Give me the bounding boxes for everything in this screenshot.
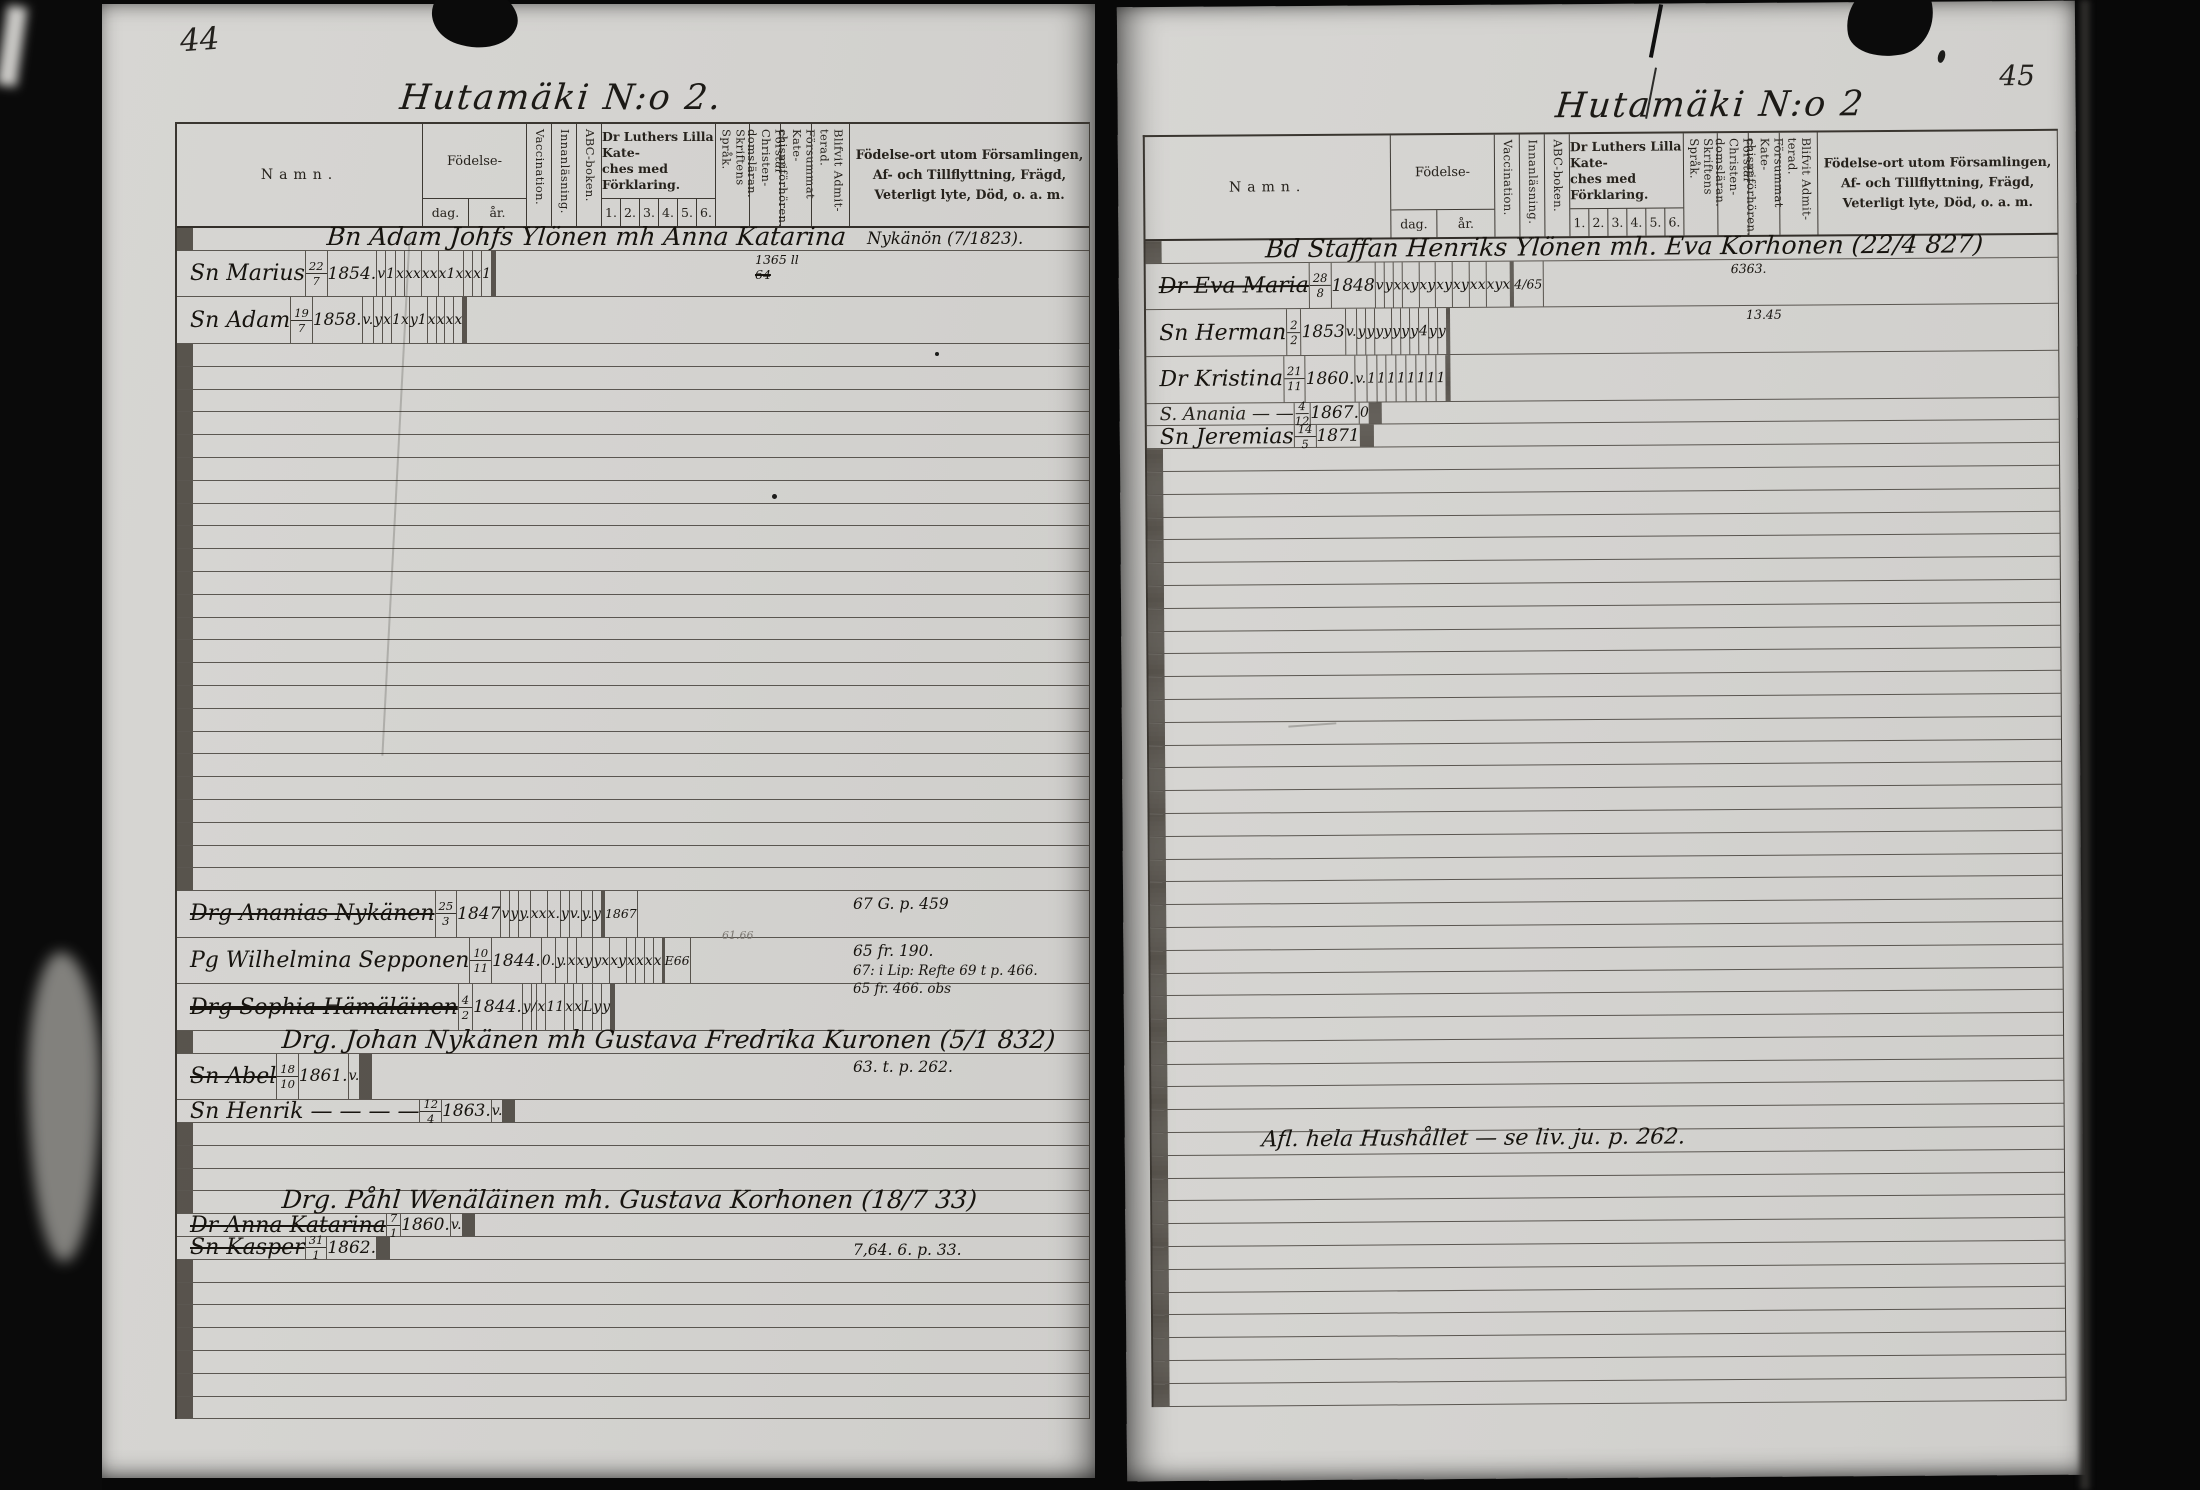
- person-row: Dr Eva Maria2881848vyxxyxyxyxyxxxyx4/656…: [1146, 258, 2058, 311]
- person-name: S. Anania — —: [1147, 403, 1294, 425]
- cell-ar: 1863.: [441, 1100, 491, 1122]
- mark-abc: y.: [519, 906, 530, 922]
- mark-k6: xyx: [1487, 276, 1511, 292]
- cell-k5: 1: [1425, 355, 1435, 401]
- person-row: Sn Adam1971858.v.yx1xy1xxxx: [177, 297, 1089, 344]
- cell-notes: [1162, 495, 1163, 517]
- cell-k2: xy: [1418, 262, 1435, 308]
- cell-abc: x: [395, 251, 404, 297]
- cell-notes: [192, 754, 193, 776]
- cell-notes: [192, 504, 193, 526]
- mark-k6: y: [593, 906, 601, 922]
- cell-k6: 1: [481, 251, 491, 297]
- mark-k1: xy: [577, 953, 593, 969]
- cell-namn: S. Anania — —: [1147, 403, 1294, 426]
- mark-innan: y: [1385, 277, 1393, 293]
- mark-k2: x: [565, 999, 573, 1015]
- cell-notes: [1162, 472, 1163, 494]
- cell-vac: v.: [491, 1100, 503, 1122]
- cell-namn: Sn Abel: [177, 1054, 276, 1100]
- pencil-note: 61.66: [722, 929, 754, 942]
- cell-notes: [1168, 1270, 1169, 1292]
- table-row: [177, 777, 1089, 800]
- mark-k2: y1: [410, 312, 427, 328]
- cell-k5: y: [592, 984, 601, 1030]
- mark-vac: v: [1376, 277, 1384, 293]
- cell-k5: 4: [1418, 309, 1428, 355]
- person-name: Sn Henrik — — — —: [177, 1099, 419, 1124]
- cell-notes: [192, 823, 193, 845]
- cell-k3: x: [427, 297, 436, 343]
- table-row: [177, 526, 1089, 549]
- table-row: [177, 1146, 1089, 1169]
- mark-admit: 1867: [605, 906, 637, 921]
- mark-k2: yx: [593, 953, 609, 969]
- margin-note: 65 fr. 190.67: i Lip: Refte 69 t p. 466.…: [853, 941, 1038, 998]
- table-row: [177, 412, 1089, 435]
- cell-k2: xx: [421, 251, 438, 297]
- mark-innan: 1: [1367, 370, 1376, 386]
- cell-notes: [192, 709, 193, 731]
- table-row: [177, 1351, 1089, 1374]
- table-row: [177, 1305, 1089, 1328]
- cell-namn: Dr Anna Katarina: [177, 1214, 386, 1236]
- mark-k3: x: [428, 312, 436, 328]
- cell-notes: [192, 412, 193, 434]
- col-header-fodelse: Födelse-dag.år.: [422, 124, 526, 226]
- cell-abc: y.: [518, 891, 530, 937]
- mark-k3: xy: [610, 953, 626, 969]
- mark-k4: L: [583, 999, 592, 1015]
- mark-k3: 1: [1407, 370, 1416, 386]
- cell-innan: y.: [555, 938, 567, 984]
- col-header-fodelse: Födelse-dag.år.: [1390, 135, 1495, 238]
- table-row: [177, 709, 1089, 732]
- table-row: [177, 367, 1089, 390]
- mark-innan: 1: [386, 266, 395, 282]
- cell-notes: [1166, 1065, 1167, 1087]
- table-row: [177, 1260, 1089, 1283]
- cell-notes: [192, 1260, 193, 1282]
- mark-k1: yy: [1375, 324, 1391, 340]
- cell-notes: [1162, 518, 1163, 540]
- cell-notes: [1163, 586, 1164, 608]
- mark-vac: v: [377, 266, 385, 282]
- mark-vac: 0.: [542, 953, 555, 969]
- cell-k4: xy: [1452, 262, 1469, 308]
- cell-namn: Sn Adam: [177, 297, 290, 343]
- cell-abc: y: [1365, 309, 1374, 355]
- mark-k3: x1x: [439, 266, 464, 282]
- mark-k1: xx: [531, 906, 547, 922]
- cell-ar: 1860.: [400, 1214, 450, 1236]
- mark-vac: v.: [1346, 324, 1357, 340]
- family-row: Bn Adam Johfs Ylönen mh Anna KatarinaNyk…: [177, 228, 1089, 251]
- cell-notes: [192, 732, 193, 754]
- margin-note: 7,64. 6. p. 33.: [853, 1240, 962, 1261]
- person-name: Sn Abel: [177, 1064, 276, 1089]
- birth-day: 253: [436, 900, 457, 927]
- cell-k3: x: [573, 984, 582, 1030]
- cell-k1: xy: [1401, 262, 1418, 308]
- mark-k2: xy: [1419, 277, 1435, 293]
- cell-namn: Dr Kristina: [1146, 356, 1283, 403]
- cell-dag: 71: [386, 1214, 400, 1236]
- birth-day: 42: [459, 994, 472, 1021]
- cell-notes: [192, 549, 193, 571]
- mark-k3: y: [1401, 324, 1409, 340]
- mark-innan: y.: [556, 953, 567, 969]
- person-row: Sn Herman221853v.yyyyyyy4yy13.45: [1146, 304, 2058, 357]
- cell-innan: 1: [385, 251, 395, 297]
- mark-vac: v.: [349, 1068, 360, 1084]
- cell-notes: [1165, 951, 1166, 973]
- family-note: Nykänön (7/1823).: [867, 229, 1023, 248]
- page-title: Hutamäki N:o 2: [1554, 84, 1867, 126]
- mark-vac: v.: [451, 1217, 462, 1233]
- mark-k5: xx: [1470, 276, 1486, 292]
- cell-notes: [514, 1100, 515, 1122]
- birth-day: 197: [291, 307, 312, 334]
- mark-k2: 1: [1397, 370, 1406, 386]
- person-name: Dr Anna Katarina: [177, 1213, 386, 1238]
- col-header-blifvit-admitterad: Blifvit Admit- terad.: [1779, 132, 1818, 234]
- cell-notes: [1164, 814, 1165, 836]
- cell-namn: Pg Wilhelmina Sepponen: [177, 938, 469, 984]
- cell-notes: [192, 228, 193, 250]
- mark-k6: y: [1429, 323, 1437, 339]
- person-name: Sn Adam: [177, 308, 290, 333]
- birth-day: 1810: [277, 1063, 298, 1090]
- table-row: [177, 595, 1089, 618]
- cell-ar: 1848: [1330, 262, 1375, 308]
- cell-k4: x: [626, 938, 635, 984]
- cell-k2: y: [1391, 309, 1400, 355]
- cell-notes: [192, 1146, 193, 1168]
- mark-innan: y: [1357, 324, 1365, 340]
- table-row: [177, 686, 1089, 709]
- birth-year: 1860.: [1306, 368, 1355, 388]
- family-heading: Drg. Johan Nykänen mh Gustava Fredrika K…: [281, 1025, 1057, 1054]
- cell-dag: 288: [1309, 263, 1331, 309]
- table-header: Namn.Födelse-dag.år.Vaccination.Innanläs…: [1145, 131, 2058, 241]
- mark-k1: 11: [546, 999, 564, 1015]
- mark-k4: xy: [1453, 277, 1469, 293]
- cell-namn: Sn Henrik — — — —: [177, 1100, 419, 1122]
- cell-notes: [192, 526, 193, 548]
- table-row: [177, 640, 1089, 663]
- cell-notes: [474, 1214, 475, 1236]
- cell-notes: [1164, 723, 1165, 745]
- person-row: Sn Marius2271854.v1xxxxxx1xxx11365 ll64: [177, 251, 1089, 298]
- cell-k6: 1: [1435, 355, 1445, 401]
- cell-k5: xx: [1469, 262, 1486, 308]
- cell-notes: [192, 1169, 193, 1191]
- birth-year: 1854.: [328, 264, 377, 284]
- mark-abc: x: [383, 312, 391, 328]
- col-header-abc-boken: ABC-boken.: [576, 124, 601, 226]
- cell-notes: [614, 984, 615, 1030]
- mark-k1: xy: [1402, 277, 1418, 293]
- cell-notes: [1164, 677, 1165, 699]
- record-table: Namn.Födelse-dag.år.Vaccination.Innanläs…: [1143, 129, 2067, 1407]
- cell-notes: [1381, 402, 1382, 424]
- cell-skrift: x: [653, 938, 662, 984]
- cell-namn: Drg Ananias Nykänen: [177, 891, 435, 937]
- mark-k3: x: [574, 999, 582, 1015]
- person-row: Pg Wilhelmina Sepponen10111844.0.y.xxyyx…: [177, 938, 1089, 985]
- cell-namn: Sn Jeremias: [1147, 426, 1294, 449]
- cell-notes: [1160, 241, 1161, 263]
- cell-ar: 1847: [456, 891, 500, 937]
- cell-abc: x: [567, 938, 576, 984]
- cell-notes: [1167, 1156, 1168, 1178]
- mark-k5: x: [636, 953, 644, 969]
- cell-abc: 1: [1376, 355, 1386, 401]
- person-name: Drg Sophia Hämäläinen: [177, 995, 458, 1020]
- cell-k2: x: [564, 984, 573, 1030]
- cell-notes: [192, 344, 193, 366]
- cell-dag: 2111: [1283, 356, 1305, 402]
- col-header-innanlasning: Innanläsning.: [1519, 134, 1545, 236]
- cell-notes: [1167, 1133, 1168, 1155]
- mark-k4: x: [627, 953, 635, 969]
- mark-k4: y: [1410, 323, 1418, 339]
- mark-skrift: y: [1438, 323, 1446, 339]
- cell-k3: y: [1400, 309, 1409, 355]
- cell-notes: [1168, 1293, 1169, 1315]
- cell-k3: 1: [1406, 355, 1416, 401]
- cell-namn: Sn Kasper: [177, 1237, 305, 1259]
- birth-day: 288: [1310, 272, 1331, 299]
- margin-note: 67 G. p. 459: [853, 894, 949, 915]
- family-heading: Bd Staffan Henriks Ylönen mh. Eva Korhon…: [1264, 229, 1984, 263]
- table-row: [177, 663, 1089, 686]
- cell-innan: y: [1356, 309, 1365, 355]
- cell-skrift: y: [1437, 308, 1446, 354]
- cell-notes: [1168, 1384, 1169, 1406]
- table-row: [177, 1374, 1089, 1397]
- cell-notes: [192, 435, 193, 457]
- cell-innan: y: [373, 297, 382, 343]
- person-row: Sn Kasper3111862.7,64. 6. p. 33.: [177, 1237, 1089, 1260]
- col-header-kateches: Dr Luthers Lilla Kate-ches med Förklarin…: [1569, 133, 1684, 236]
- mark-k5: y: [593, 999, 601, 1015]
- birth-year: 1848: [1331, 275, 1374, 295]
- person-name: Sn Kasper: [177, 1235, 305, 1260]
- cell-dag: 145: [1294, 425, 1316, 447]
- cell-notes: [192, 1305, 193, 1327]
- table-row: [177, 1328, 1089, 1351]
- cell-notes: [192, 1328, 193, 1350]
- birth-day: 22: [1287, 319, 1301, 346]
- cell-vac: v: [1375, 262, 1384, 308]
- cell-ar: 1844.: [491, 938, 541, 984]
- table-row: [177, 549, 1089, 572]
- ink-speck: [935, 352, 939, 356]
- col-header-vaccinerad: Vaccination.: [1494, 135, 1520, 237]
- table-row: [177, 572, 1089, 595]
- cell-k1: yy: [1374, 309, 1391, 355]
- cell-k4: L: [582, 984, 592, 1030]
- birth-year: 1858.: [313, 310, 362, 330]
- cell-dag: 1810: [276, 1054, 298, 1100]
- cell-namn: Sn Herman: [1146, 310, 1286, 357]
- cell-notes: [1165, 860, 1166, 882]
- person-row: Dr Kristina21111860.v.11111111: [1146, 351, 2058, 404]
- table-header: Namn.Födelse-dag.år.Vaccination.Innanläs…: [177, 124, 1089, 228]
- record-table: Namn.Födelse-dag.år.Vaccination.Innanläs…: [175, 122, 1090, 1419]
- cell-k1: 11: [545, 984, 564, 1030]
- cell-notes: [1166, 1019, 1167, 1041]
- birth-day: 71: [387, 1212, 400, 1239]
- birth-day: 2111: [1284, 365, 1305, 392]
- table-row: [177, 846, 1089, 869]
- cell-notes: [192, 1397, 193, 1419]
- cell-notes: [1162, 449, 1163, 471]
- mark-k5: x: [473, 266, 481, 282]
- birth-year: 1847: [457, 904, 500, 924]
- cell-notes: [1163, 632, 1164, 654]
- mark-k3: y: [561, 906, 569, 922]
- mark-k4: 1: [1417, 370, 1426, 386]
- cell-notes: [1168, 1338, 1169, 1360]
- cell-k1: xx: [530, 891, 547, 937]
- mark-abc: x: [1394, 277, 1402, 293]
- cell-notes: [1165, 928, 1166, 950]
- table-row: [177, 754, 1089, 777]
- table-row: [177, 390, 1089, 413]
- cell-dag: 42: [458, 984, 472, 1030]
- mark-k5: 1: [1427, 370, 1436, 386]
- book-edge-right: [2080, 0, 2090, 1490]
- cell-k6: y: [601, 984, 610, 1030]
- left-page: 44 Hutamäki N:o 2. Namn.Födelse-dag.år.V…: [100, 4, 1095, 1478]
- cell-ar: 1860.: [1305, 356, 1355, 402]
- cell-notes: [1167, 1224, 1168, 1246]
- cell-notes: [192, 1283, 193, 1305]
- cell-notes: [1164, 746, 1165, 768]
- cell-k3: xy: [609, 938, 626, 984]
- mark-k1: 1: [1387, 370, 1396, 386]
- mark-k5: y.: [582, 906, 593, 922]
- cell-k3: x1x: [438, 251, 464, 297]
- cell-abc: x: [1392, 262, 1401, 308]
- person-name: Sn Herman: [1146, 320, 1286, 346]
- cell-dag: 311: [305, 1237, 327, 1259]
- page-title: Hutamäki N:o 2.: [398, 78, 725, 118]
- cell-notes: [1163, 563, 1164, 585]
- cell-notes: [192, 595, 193, 617]
- table-row: [177, 823, 1089, 846]
- cell-k4: y: [1409, 309, 1418, 355]
- table-row: [177, 458, 1089, 481]
- mark-k6: x: [645, 953, 653, 969]
- cell-notes: [192, 1031, 193, 1053]
- birth-year: 1871: [1316, 426, 1359, 446]
- cell-namn: Dr Eva Maria: [1146, 263, 1309, 310]
- cell-notes: [192, 481, 193, 503]
- mark-k3: xy: [1436, 277, 1452, 293]
- cell-vac: 0: [1359, 402, 1369, 424]
- cell-notes: [371, 1054, 372, 1100]
- birth-year: 1844.: [492, 951, 541, 971]
- table-row: [177, 481, 1089, 504]
- person-row: Drg Ananias Nykänen2531847vyy.xxx.yv.y.y…: [177, 891, 1089, 938]
- cell-notes: [690, 938, 691, 984]
- page-number: 45: [1999, 59, 2035, 92]
- cell-vac: v.: [362, 297, 374, 343]
- cell-dag: 1011: [469, 938, 491, 984]
- cell-notes: [192, 458, 193, 480]
- cell-namn: Drg Sophia Hämäläinen: [177, 984, 458, 1030]
- cell-k2: x.: [547, 891, 560, 937]
- cell-notes: [192, 800, 193, 822]
- cell-ar: 1861.: [298, 1054, 348, 1100]
- col-header-notes: Födelse-ort utom Församlingen,Af- och Ti…: [1817, 131, 2058, 235]
- birth-day: 145: [1295, 423, 1316, 450]
- mark-k6: 1: [482, 266, 491, 282]
- cell-ar: 1853: [1300, 309, 1345, 355]
- mark-vac: v.: [363, 312, 374, 328]
- cell-notes: [1449, 308, 1450, 354]
- cell-notes: [389, 1237, 390, 1259]
- cell-k6: y: [592, 891, 601, 937]
- cell-k2: yx: [592, 938, 609, 984]
- cell-notes: [1165, 905, 1166, 927]
- cell-notes: [1166, 996, 1167, 1018]
- family-row: Drg. Johan Nykänen mh Gustava Fredrika K…: [177, 1031, 1089, 1054]
- birth-year: 1861.: [299, 1066, 348, 1086]
- cell-notes: [1166, 974, 1167, 996]
- col-header-forsummat-katechismiforhoren: Försummat Kate- chismiförhören.: [1748, 133, 1780, 235]
- col-header-vaccinerad: Vaccination.: [526, 124, 551, 226]
- col-header-blifvit-admitterad: Blifvit Admit- terad.: [811, 124, 849, 226]
- family-heading: Drg. Påhl Wenäläinen mh. Gustava Korhone…: [281, 1185, 978, 1214]
- cell-admit: 1867: [604, 891, 637, 937]
- cell-notes: [192, 618, 193, 640]
- table-row: [177, 618, 1089, 641]
- cell-dag: 253: [435, 891, 457, 937]
- cell-vac: v.: [348, 1054, 360, 1100]
- ink-speck: [772, 494, 777, 499]
- cell-vac: v: [376, 251, 385, 297]
- mark-k4: v.: [570, 906, 581, 922]
- person-name: Pg Wilhelmina Sepponen: [177, 948, 469, 973]
- col-header-abc-boken: ABC-boken.: [1544, 134, 1570, 236]
- mark-vac: 0: [1360, 405, 1369, 421]
- cell-notes: [192, 846, 193, 868]
- person-row: Sn Henrik — — — —1241863.v.: [177, 1100, 1089, 1123]
- mark-vac: v: [501, 906, 509, 922]
- cell-notes: [192, 572, 193, 594]
- cell-vac: v.: [1345, 309, 1357, 355]
- cell-notes: [1165, 837, 1166, 859]
- book-edge-left: [0, 0, 102, 1490]
- cell-vac: v.: [450, 1214, 462, 1236]
- mark-innan: y: [374, 312, 382, 328]
- cell-notes: [192, 663, 193, 685]
- cell-k5: y.: [581, 891, 593, 937]
- col-header-notes: Födelse-ort utom Församlingen,Af- och Ti…: [849, 124, 1089, 226]
- mark-skrift: x: [654, 953, 662, 969]
- cell-dag: 227: [305, 251, 327, 297]
- cell-namn: Sn Marius: [177, 251, 305, 297]
- birth-day: 227: [306, 260, 327, 287]
- cell-ar: 1858.: [312, 297, 362, 343]
- birth-day: 311: [306, 1234, 327, 1261]
- birth-day: 1011: [470, 947, 491, 974]
